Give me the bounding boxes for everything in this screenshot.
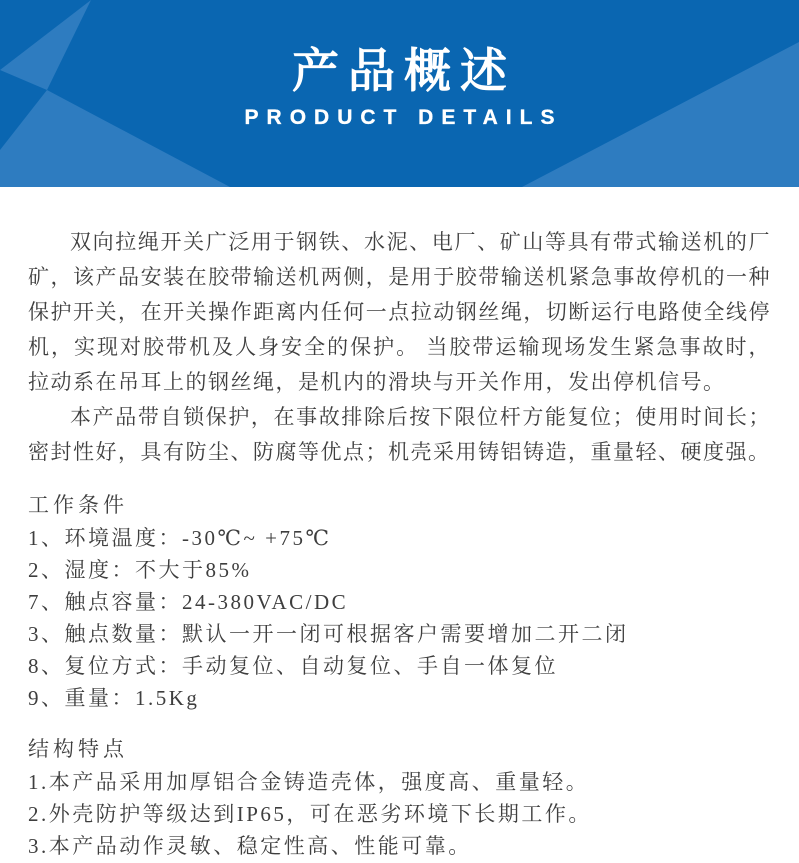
section-working-conditions: 工作条件 1、环境温度：-30℃~ +75℃ 2、湿度：不大于85% 7、触点容… xyxy=(28,489,771,714)
page-subtitle: PRODUCT DETAILS xyxy=(0,106,799,130)
overview-paragraph-2: 本产品带自锁保护，在事故排除后按下限位杆方能复位；使用时间长；密封性好，具有防尘… xyxy=(28,400,771,470)
spec-item-contact-capacity: 7、触点容量：24-380VAC/DC xyxy=(28,586,771,618)
working-conditions-heading: 工作条件 xyxy=(28,489,771,522)
spec-item-reset-mode: 8、复位方式：手动复位、自动复位、手自一体复位 xyxy=(28,650,771,682)
structure-features-heading: 结构特点 xyxy=(28,733,771,766)
section-structure-features: 结构特点 1.本产品采用加厚铝合金铸造壳体，强度高、重量轻。 2.外壳防护等级达… xyxy=(28,733,771,862)
spec-item-humidity: 2、湿度：不大于85% xyxy=(28,554,771,586)
product-details-page: 产品概述 PRODUCT DETAILS 双向拉绳开关广泛用于钢铁、水泥、电厂、… xyxy=(0,0,799,863)
feature-item-reliability: 3.本产品动作灵敏、稳定性高、性能可靠。 xyxy=(28,830,771,862)
feature-item-ip-rating: 2.外壳防护等级达到IP65，可在恶劣环境下长期工作。 xyxy=(28,798,771,830)
spec-item-weight: 9、重量：1.5Kg xyxy=(28,682,771,714)
page-title: 产品概述 xyxy=(0,0,799,97)
overview-paragraph-1: 双向拉绳开关广泛用于钢铁、水泥、电厂、矿山等具有带式输送机的厂矿，该产品安装在胶… xyxy=(28,225,771,400)
banner-text: 产品概述 PRODUCT DETAILS xyxy=(0,0,799,130)
spec-item-ambient-temperature: 1、环境温度：-30℃~ +75℃ xyxy=(28,522,771,554)
banner: 产品概述 PRODUCT DETAILS xyxy=(0,0,799,187)
product-description: 双向拉绳开关广泛用于钢铁、水泥、电厂、矿山等具有带式输送机的厂矿，该产品安装在胶… xyxy=(0,187,799,862)
spec-item-contact-quantity: 3、触点数量：默认一开一闭可根据客户需要增加二开二闭 xyxy=(28,618,771,650)
feature-item-housing: 1.本产品采用加厚铝合金铸造壳体，强度高、重量轻。 xyxy=(28,766,771,798)
